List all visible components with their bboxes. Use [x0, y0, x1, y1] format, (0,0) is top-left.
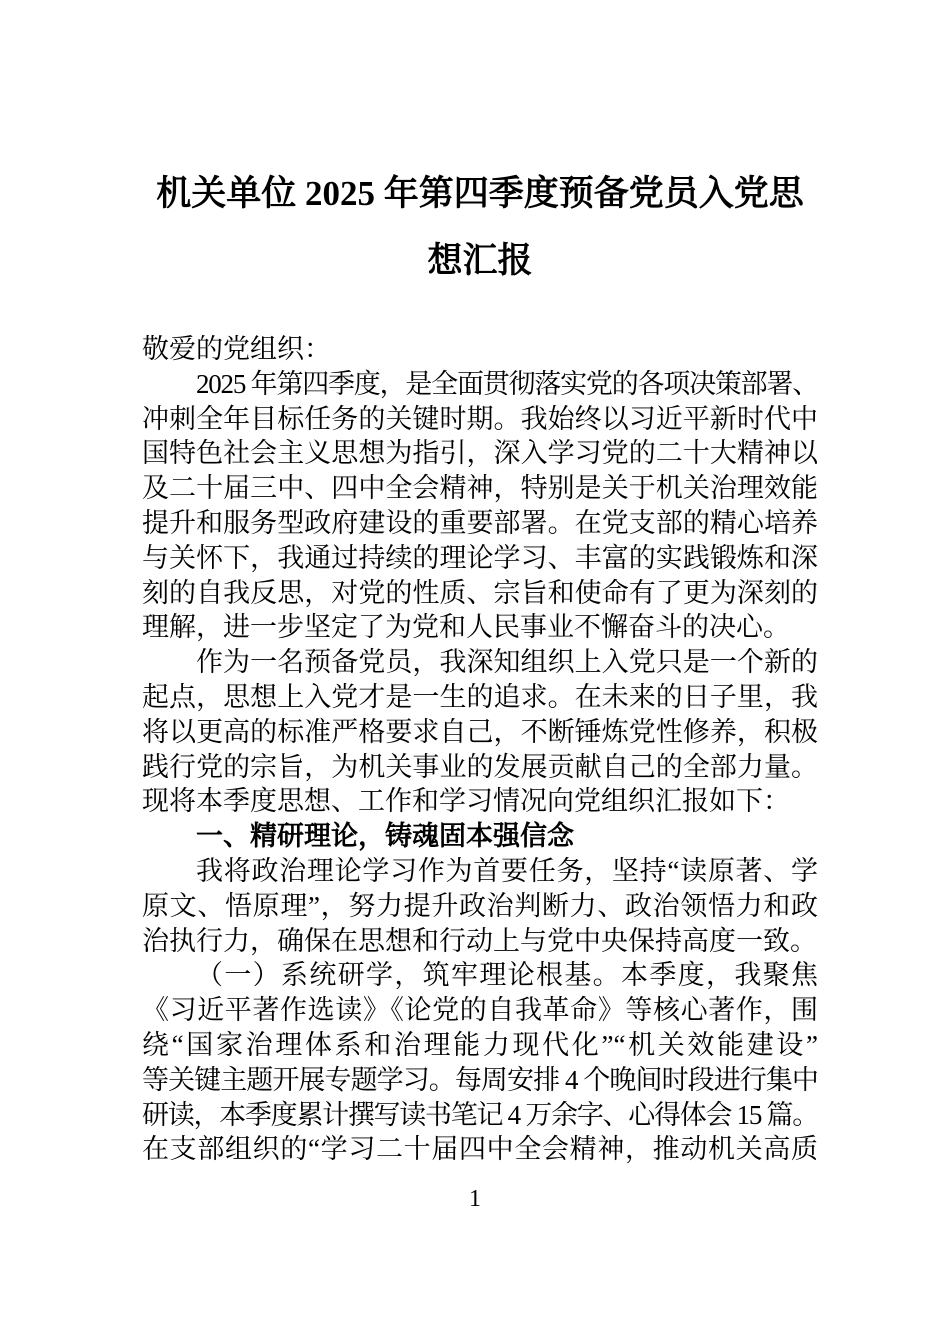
- body-line: 起点，思想上入党才是一生的追求。在未来的日子里，我: [142, 680, 818, 715]
- body-line: 将以更高的标准严格要求自己，不断锤炼党性修养，积极: [142, 715, 818, 750]
- document-page: 机关单位 2025 年第四季度预备党员入党思想汇报 敬爱的党组织：2025 年第…: [0, 0, 950, 1344]
- title-line: 想汇报: [142, 227, 818, 294]
- body-line: 践行党的宗旨，为机关事业的发展贡献自己的全部力量。: [142, 750, 818, 785]
- document-body: 敬爱的党组织：2025 年第四季度，是全面贯彻落实党的各项决策部署、冲刺全年目标…: [142, 332, 818, 1167]
- title-line: 机关单位 2025 年第四季度预备党员入党思: [142, 160, 818, 227]
- body-line: 与关怀下，我通过持续的理论学习、丰富的实践锻炼和深: [142, 541, 818, 576]
- body-line: 国特色社会主义思想为指引，深入学习党的二十大精神以: [142, 436, 818, 471]
- body-line: 在支部组织的“学习二十届四中全会精神，推动机关高质: [142, 1132, 818, 1167]
- body-line: 原文、悟原理”，努力提升政治判断力、政治领悟力和政: [142, 889, 818, 924]
- body-line: 研读，本季度累计撰写读书笔记 4 万余字、心得体会 15 篇。: [142, 1098, 818, 1133]
- body-line: 冲刺全年目标任务的关键时期。我始终以习近平新时代中: [142, 402, 818, 437]
- body-line: 等关键主题开展专题学习。每周安排 4 个晚间时段进行集中: [142, 1063, 818, 1098]
- body-line: 敬爱的党组织：: [142, 332, 818, 367]
- body-line: 刻的自我反思，对党的性质、宗旨和使命有了更为深刻的: [142, 576, 818, 611]
- body-line: 治执行力，确保在思想和行动上与党中央保持高度一致。: [142, 924, 818, 959]
- body-line: 《习近平著作选读》《论党的自我革命》等核心著作，围: [142, 993, 818, 1028]
- body-line: 理解，进一步坚定了为党和人民事业不懈奋斗的决心。: [142, 610, 818, 645]
- body-line: 绕“国家治理体系和治理能力现代化”“机关效能建设”: [142, 1028, 818, 1063]
- body-line: 现将本季度思想、工作和学习情况向党组织汇报如下：: [142, 784, 818, 819]
- body-line: 及二十届三中、四中全会精神，特别是关于机关治理效能: [142, 471, 818, 506]
- page-number: 1: [0, 1186, 950, 1213]
- document-title: 机关单位 2025 年第四季度预备党员入党思想汇报: [142, 160, 818, 294]
- body-line: （一）系统研学，筑牢理论根基。本季度，我聚焦: [142, 958, 818, 993]
- body-line: 提升和服务型政府建设的重要部署。在党支部的精心培养: [142, 506, 818, 541]
- body-line: 2025 年第四季度，是全面贯彻落实党的各项决策部署、: [142, 367, 818, 402]
- body-line: 我将政治理论学习作为首要任务，坚持“读原著、学: [142, 854, 818, 889]
- section-heading-line: 一、精研理论，铸魂固本强信念: [142, 819, 818, 854]
- body-line: 作为一名预备党员，我深知组织上入党只是一个新的: [142, 645, 818, 680]
